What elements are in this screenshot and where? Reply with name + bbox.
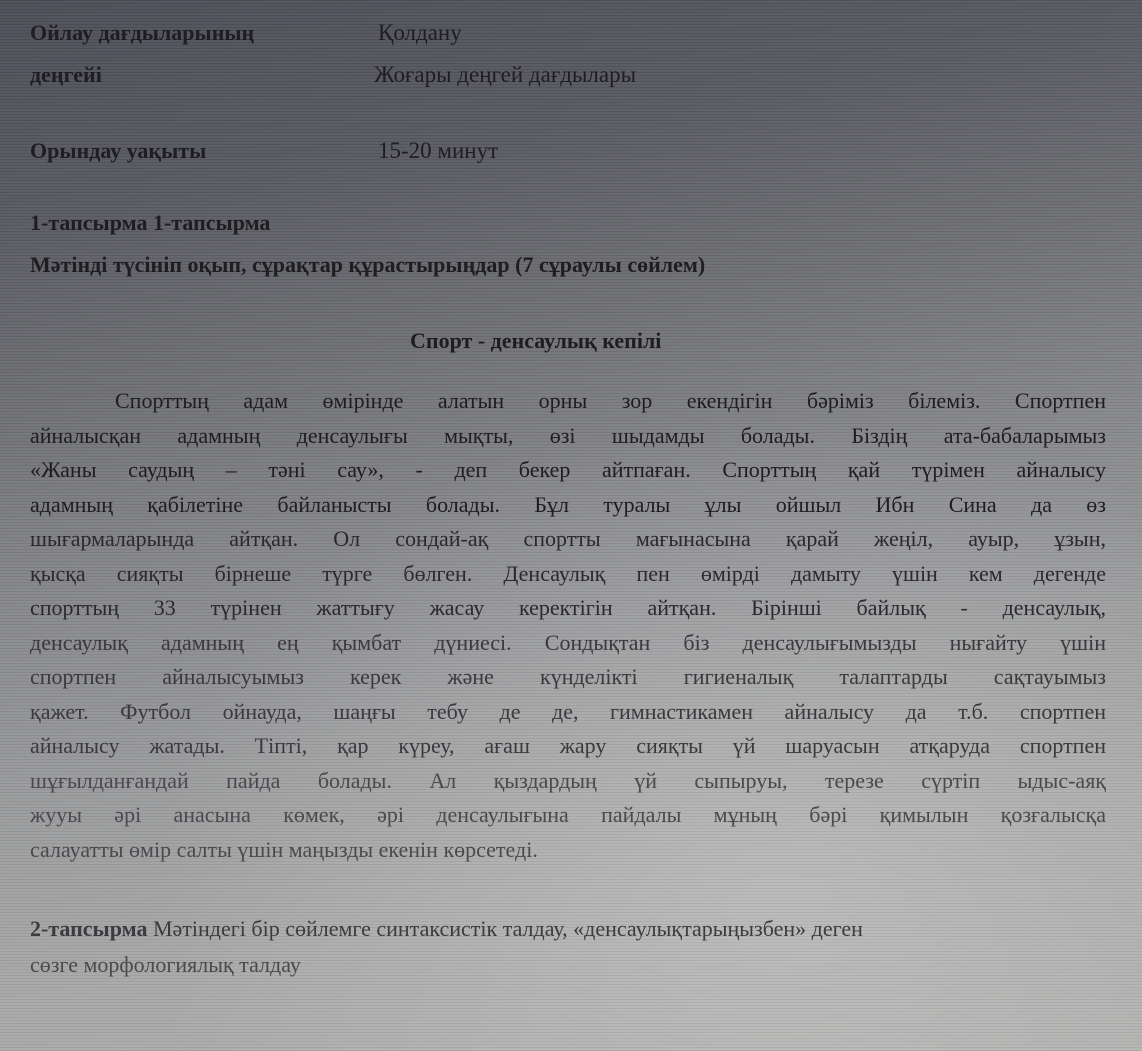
task2-text-line1: Мәтіндегі бір сөйлемге синтаксистік талд…	[153, 916, 863, 941]
paragraph-line: денсаулық адамның ең қымбат дүниесі. Сон…	[30, 626, 1106, 661]
task2-text-line2: сөзге морфологиялық талдау	[30, 952, 301, 978]
paragraph-line: айналысқан адамның денсаулығы мықты, өзі…	[30, 419, 1106, 454]
task1-title: 1-тапсырма 1-тапсырма	[30, 210, 270, 236]
paragraph-line: шұғылданғандай пайда болады. Ал қыздарды…	[30, 764, 1106, 799]
paragraph-line: шығармаларында айтқан. Ол сондай-ақ спор…	[30, 522, 1106, 557]
task2-label: 2-тапсырма	[30, 916, 147, 941]
thinking-level-value-line1: Қолдану	[378, 20, 462, 46]
text-title: Спорт - денсаулық кепілі	[410, 328, 661, 354]
task1-instruction: Мәтінді түсініп оқып, сұрақтар құрастыры…	[30, 252, 705, 278]
text-paragraph: Спорттың адам өмірінде алатын орны зор е…	[30, 384, 1106, 867]
thinking-level-label-line2: деңгейі	[30, 62, 102, 88]
paragraph-line: спорттың 33 түрінен жаттығу жасау керект…	[30, 591, 1106, 626]
paragraph-line: «Жаны саудың – тәні сау», - деп бекер ай…	[30, 453, 1106, 488]
paragraph-line: жууы әрі анасына көмек, әрі денсаулығына…	[30, 798, 1106, 833]
paragraph-line: адамның қабілетіне байланысты болады. Бұ…	[30, 488, 1106, 523]
time-value: 15-20 минут	[378, 138, 498, 164]
time-label: Орындау уақыты	[30, 138, 206, 164]
paragraph-line: қысқа сияқты бірнеше түрге бөлген. Денса…	[30, 557, 1106, 592]
paragraph-line: қажет. Футбол ойнауда, шаңғы тебу де де,…	[30, 695, 1106, 730]
paragraph-line: салауатты өмір салты үшін маңызды екенін…	[30, 833, 1106, 868]
paragraph-line: айналысу жатады. Тіпті, қар күреу, ағаш …	[30, 729, 1106, 764]
task2-line1: 2-тапсырма Мәтіндегі бір сөйлемге синтак…	[30, 916, 863, 942]
thinking-level-label-line1: Ойлау дағдыларының	[30, 20, 254, 46]
thinking-level-value-line2: Жоғары деңгей дағдылары	[374, 62, 636, 88]
paragraph-line: спортпен айналысуымыз керек және күнделі…	[30, 660, 1106, 695]
paragraph-line: Спорттың адам өмірінде алатын орны зор е…	[30, 384, 1106, 419]
